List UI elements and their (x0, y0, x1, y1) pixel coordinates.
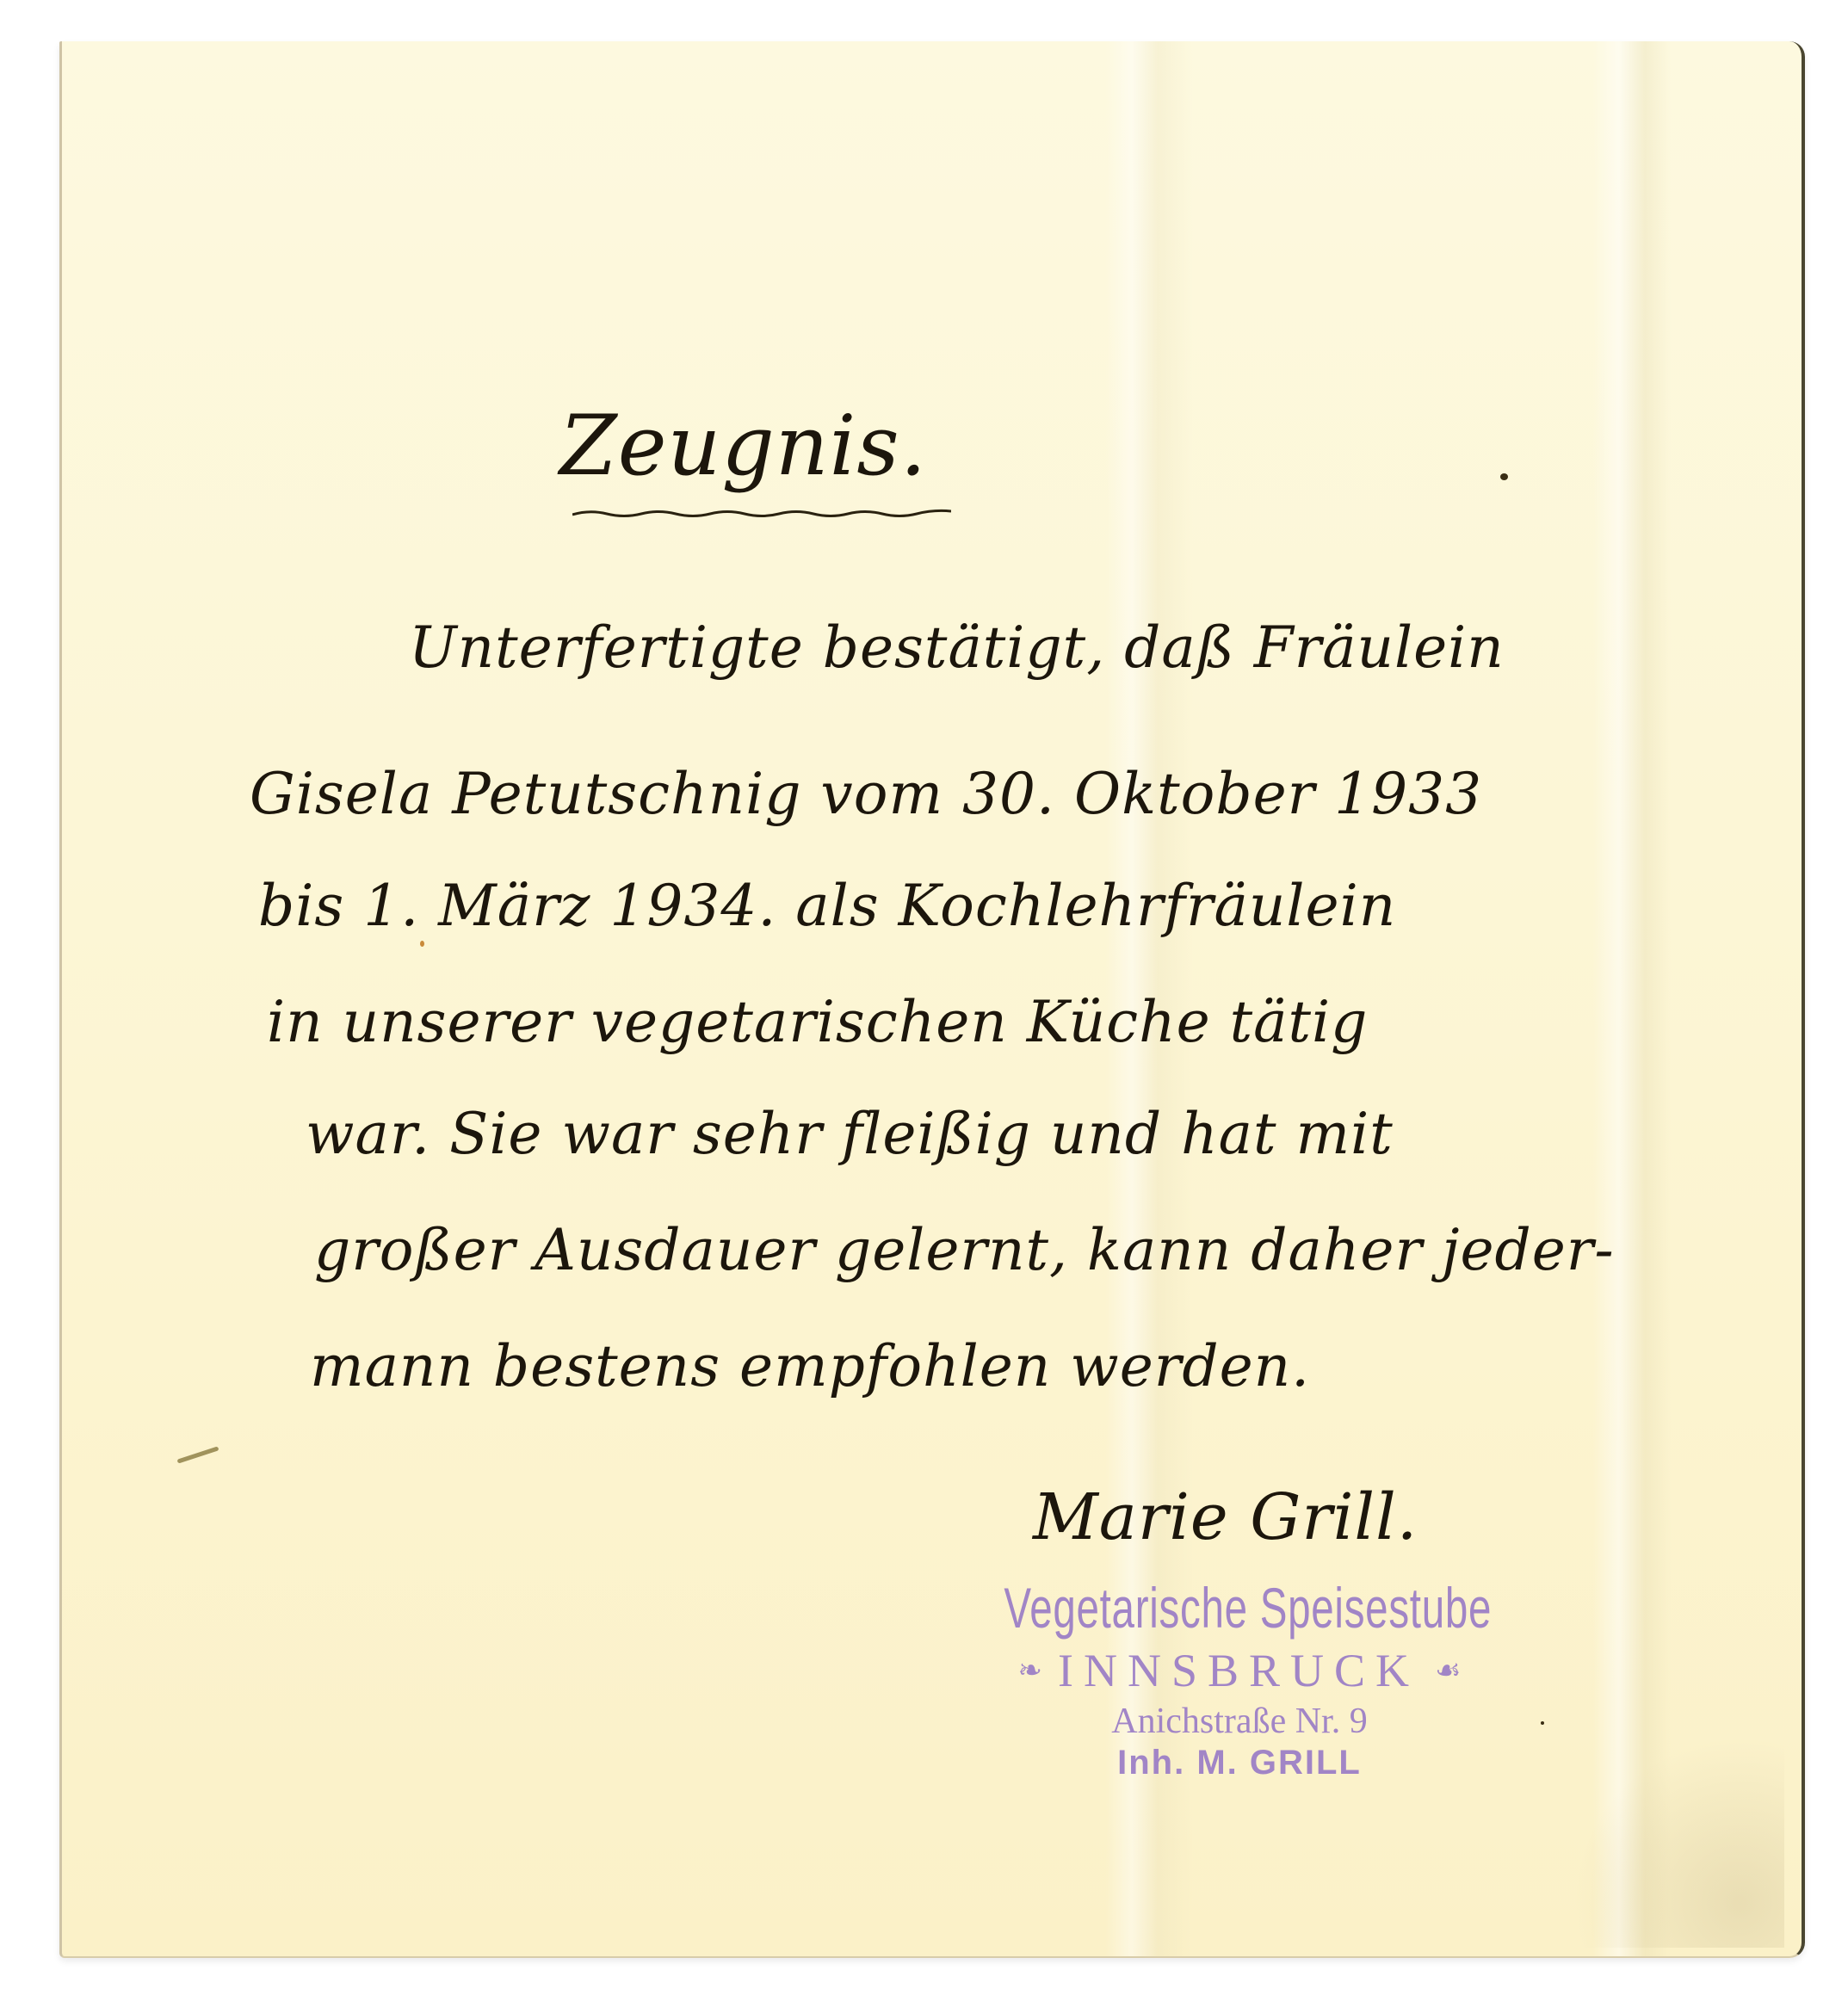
stamp-business-name: Vegetarische Speisestube (1004, 1575, 1474, 1640)
body-line-7: mann bestens empfohlen werden. (310, 1338, 1310, 1395)
signature: Marie Grill. (1033, 1480, 1418, 1554)
flourish-right-icon: ☙ (1435, 1656, 1461, 1685)
body-line-2: Gisela Petutschnig vom 30. Oktober 1933 (250, 766, 1482, 823)
stamp-owner: Inh. M. GRILL (912, 1744, 1567, 1782)
title-wavy-underline (572, 508, 951, 518)
rust-speck (420, 941, 424, 947)
stamp-address: Anichstraße Nr. 9 (912, 1701, 1567, 1742)
ink-speck (1500, 473, 1508, 480)
paper-fold-shadow (1561, 1724, 1784, 1948)
stamp-city: INNSBRUCK (1058, 1644, 1419, 1697)
flourish-left-icon: ❧ (1017, 1656, 1042, 1685)
body-line-1: Unterfertigte bestätigt, daß Fräulein (409, 620, 1505, 676)
body-line-6: großer Ausdauer gelernt, kann daher jede… (314, 1222, 1615, 1279)
business-stamp: Vegetarische Speisestube ❧ INNSBRUCK ☙ A… (912, 1575, 1567, 1782)
body-line-4: in unserer vegetarischen Küche tätig (267, 994, 1368, 1051)
ink-speck (1541, 1721, 1544, 1725)
letter-title: Zeugnis. (559, 405, 927, 487)
body-line-3: bis 1. März 1934. als Kochlehrfräulein (258, 878, 1396, 935)
body-line-5: war. Sie war sehr fleißig und hat mit (306, 1106, 1394, 1163)
stamp-city-row: ❧ INNSBRUCK ☙ (912, 1644, 1567, 1697)
